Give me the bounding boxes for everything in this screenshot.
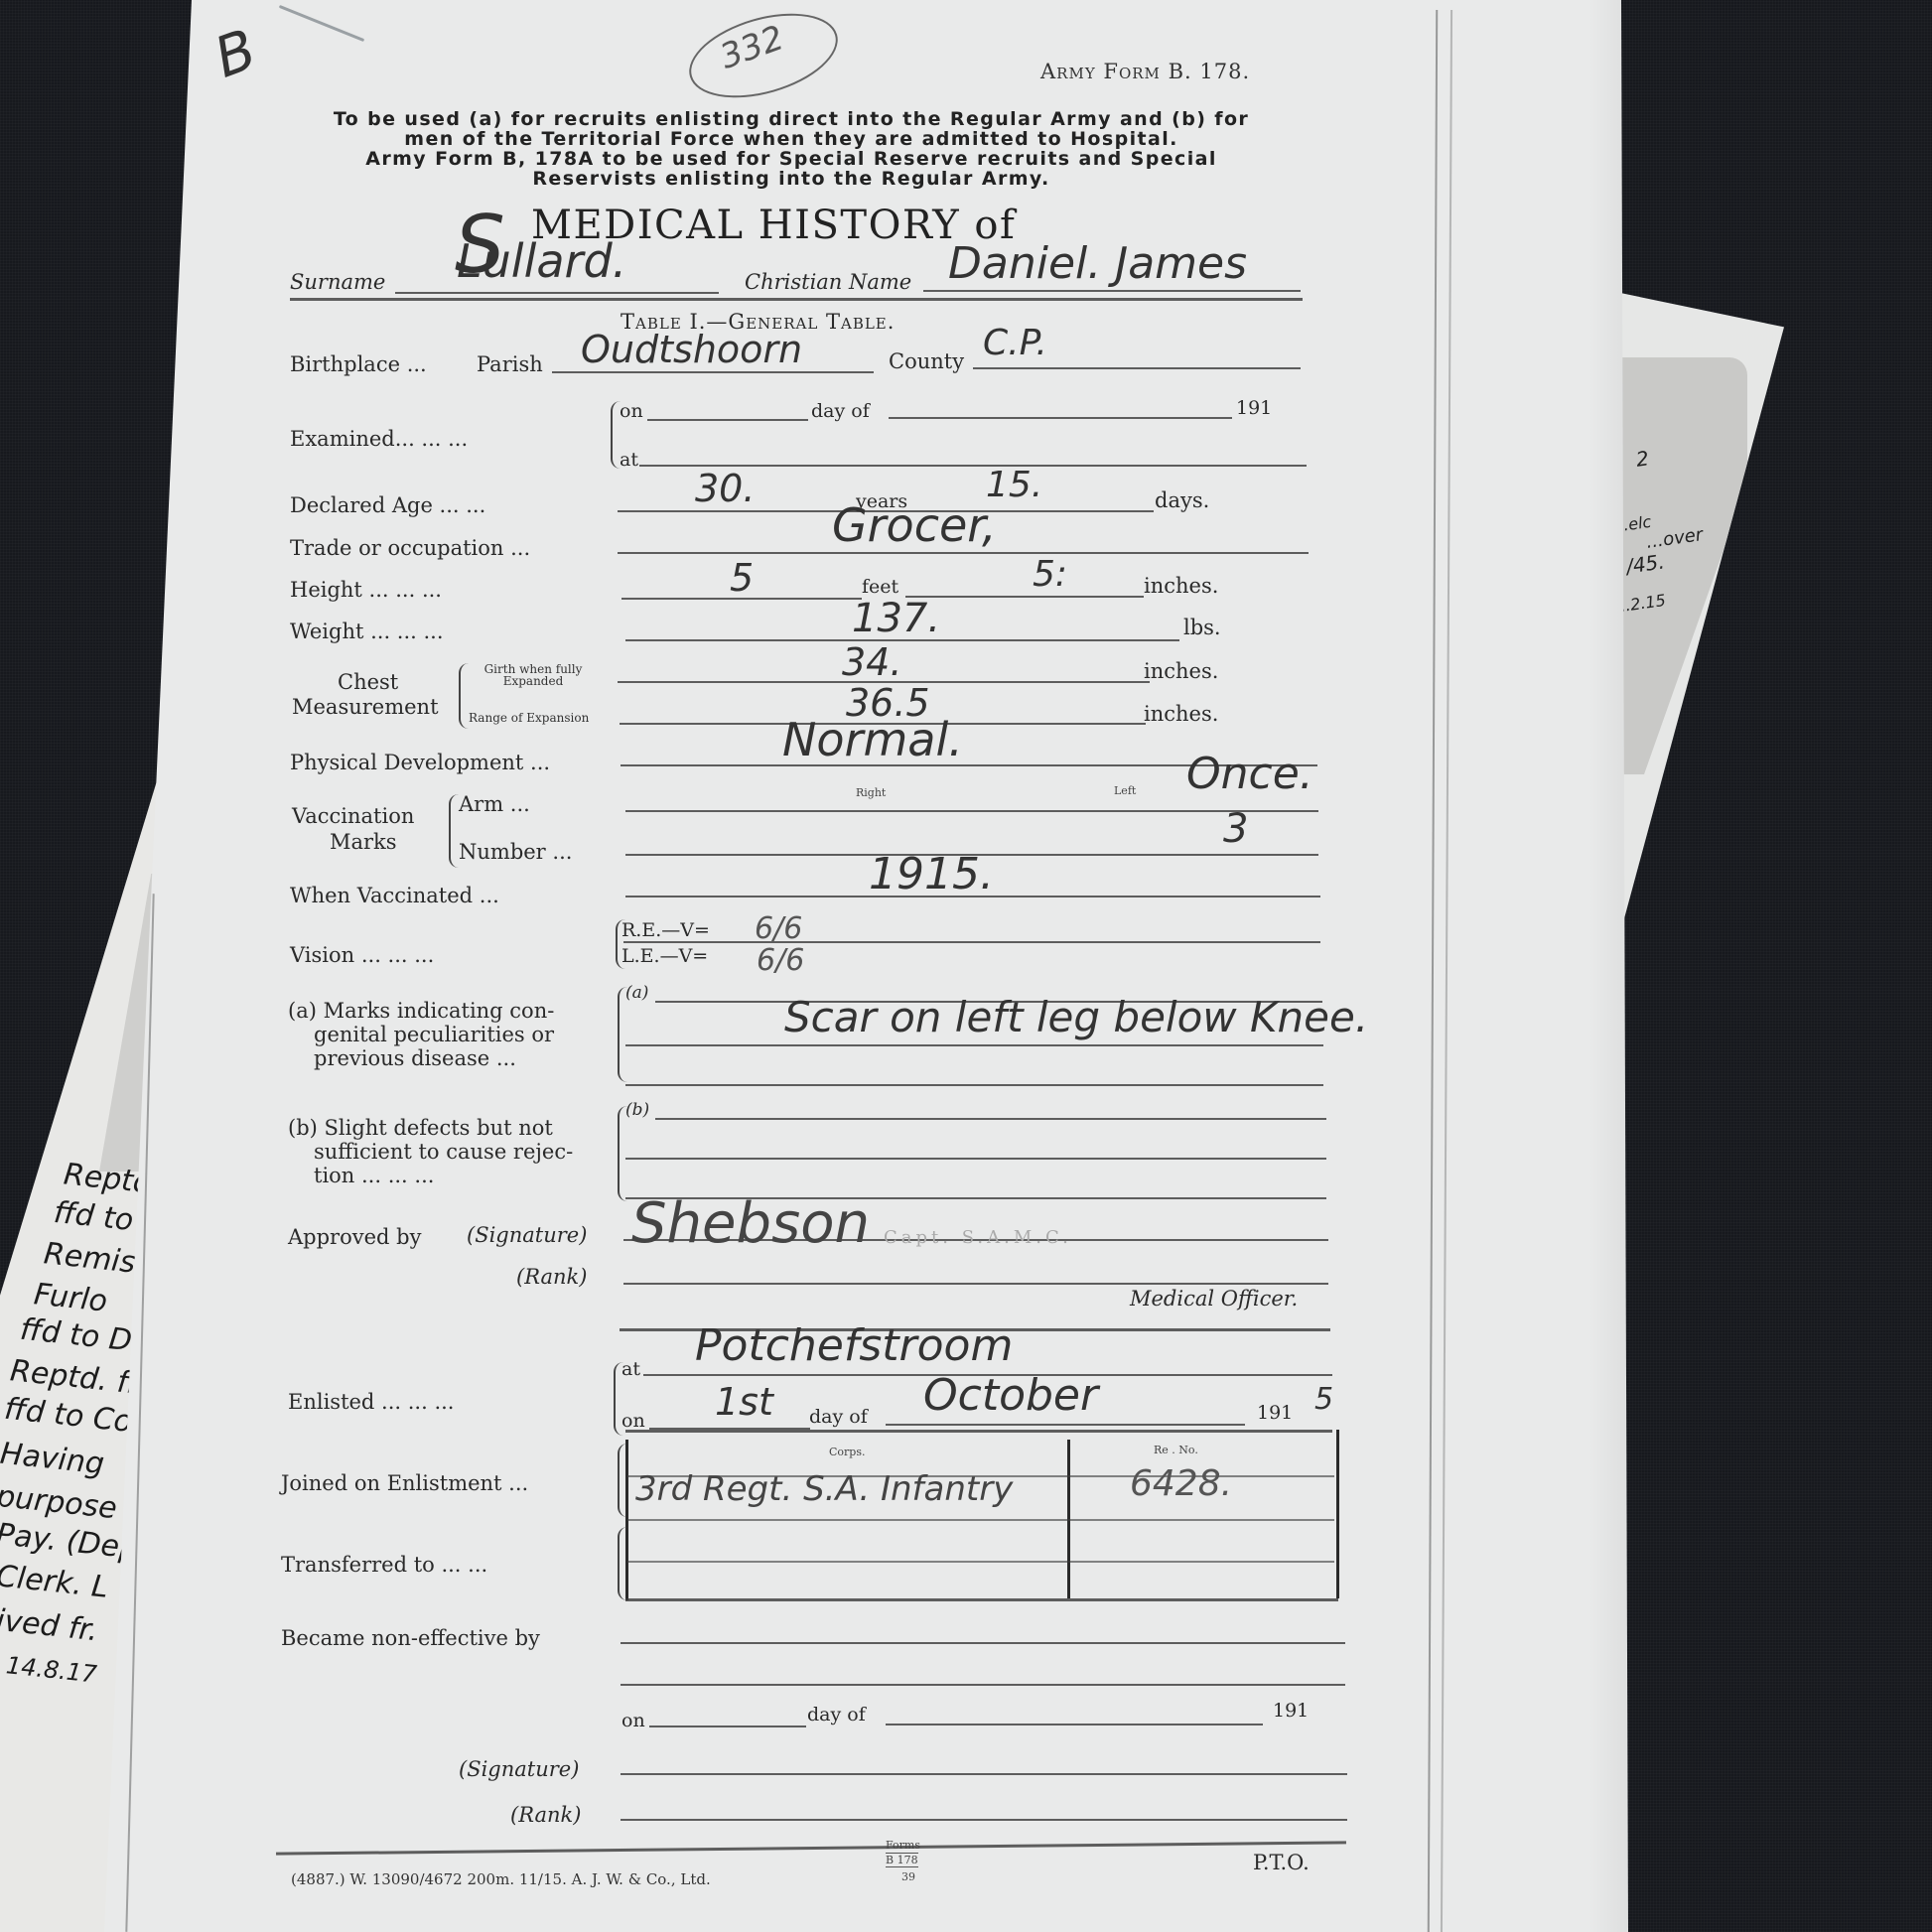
instruction-line: Reservists enlisting into the Regular Ar… xyxy=(280,169,1303,189)
weight-label: Weight ... ... ... xyxy=(290,620,444,643)
height-label: Height ... ... ... xyxy=(290,578,442,602)
field-line xyxy=(621,1684,1345,1686)
inches-label: inches. xyxy=(1144,574,1218,598)
divider xyxy=(290,298,1303,301)
approved-label: Approved by xyxy=(288,1225,421,1249)
corner-mark: B xyxy=(207,17,264,90)
defects-label-1: (b) Slight defects but not xyxy=(288,1116,553,1140)
instruction-line: men of the Territorial Force when they a… xyxy=(280,129,1303,149)
vaccination-left-field[interactable]: Once. xyxy=(1186,749,1313,799)
enlisted-on-field[interactable]: 1st xyxy=(715,1380,773,1424)
non-effective-field xyxy=(621,1642,1345,1644)
field-line xyxy=(623,941,1320,943)
table-border-bottom xyxy=(625,1598,1338,1601)
brace xyxy=(618,1444,627,1517)
joined-number-field[interactable]: 6428. xyxy=(1130,1463,1232,1504)
back-note-line: ffd to xyxy=(52,1195,135,1238)
back-note-line: Furlo xyxy=(32,1277,108,1319)
non-effective-signature-label: (Signature) xyxy=(459,1757,579,1781)
vaccination-right-label: Right xyxy=(856,786,886,799)
field-line xyxy=(552,371,874,373)
vision-label: Vision ... ... ... xyxy=(290,943,434,967)
staple xyxy=(279,5,364,42)
parish-field[interactable]: Oudtshoorn xyxy=(581,328,802,371)
approved-rank-label: (Rank) xyxy=(516,1265,587,1289)
vaccination-label-2: Marks xyxy=(330,830,397,854)
transferred-label: Transferred to ... ... xyxy=(281,1553,487,1577)
enlisted-month-field[interactable]: October xyxy=(923,1370,1098,1421)
chest-label-2: Measurement xyxy=(292,695,439,719)
chest-unit-2: inches. xyxy=(1144,702,1218,726)
vaccination-left-label: Left xyxy=(1114,784,1136,797)
days-label: days. xyxy=(1155,488,1209,512)
marks-label-2: genital peculiarities or xyxy=(314,1023,554,1046)
field-line xyxy=(625,1158,1326,1160)
physical-development-field[interactable]: Normal. xyxy=(782,713,963,766)
photocopy-edge-line xyxy=(1428,10,1438,1932)
christian-name-field[interactable]: Daniel. James xyxy=(948,238,1247,289)
field-line xyxy=(623,1283,1328,1285)
defects-field xyxy=(655,1118,1326,1120)
trade-label: Trade or occupation ... xyxy=(290,536,530,560)
field-line xyxy=(625,1044,1323,1046)
pto-label: P.T.O. xyxy=(1253,1851,1310,1874)
brace xyxy=(618,1527,627,1600)
examined-day-of-field xyxy=(889,417,1232,419)
field-line xyxy=(905,596,1144,598)
non-effective-rank-field xyxy=(621,1819,1347,1821)
re-label: R.E.—V= xyxy=(621,919,710,941)
instructions-block: To be used (a) for recruits enlisting di… xyxy=(280,109,1303,189)
defects-label-3: tion ... ... ... xyxy=(314,1164,434,1187)
examined-year-prefix: 191 xyxy=(1236,397,1272,419)
table-border-top xyxy=(625,1430,1332,1433)
enlisted-at-field[interactable]: Potchefstroom xyxy=(695,1320,1013,1371)
back-note-line: 14.8.17 xyxy=(5,1651,98,1688)
back-note-line: ffd to D. xyxy=(19,1312,144,1360)
surname-field[interactable]: Lullard. xyxy=(457,234,626,288)
enlisted-day-of-label: day of xyxy=(809,1406,868,1428)
brace xyxy=(618,1106,627,1201)
joined-corps-field[interactable]: 3rd Regt. S.A. Infantry xyxy=(635,1469,1013,1509)
re-vision-field[interactable]: 6/6 xyxy=(755,911,802,946)
medical-officer-label: Medical Officer. xyxy=(1130,1287,1298,1311)
instruction-line: To be used (a) for recruits enlisting di… xyxy=(280,109,1303,129)
field-line xyxy=(618,552,1309,554)
field-line xyxy=(973,367,1301,369)
birthplace-label: Birthplace ... xyxy=(290,352,427,376)
table-row-line xyxy=(627,1519,1334,1521)
trade-field[interactable]: Grocer, xyxy=(832,498,997,552)
forms-ref-bottom: 39 xyxy=(901,1870,915,1883)
brace xyxy=(459,663,469,729)
vaccination-number-field[interactable]: 3 xyxy=(1223,806,1248,852)
weight-unit: lbs. xyxy=(1183,616,1221,639)
corps-header: Corps. xyxy=(829,1446,865,1458)
range-label: Range of Expansion xyxy=(469,711,589,725)
approved-signature-field[interactable]: Shebson xyxy=(631,1191,870,1256)
brace xyxy=(449,794,459,868)
back-note-line: Having xyxy=(0,1437,106,1482)
photocopy-edge-line xyxy=(1441,10,1452,1932)
instruction-line: Army Form B, 178A to be used for Special… xyxy=(280,149,1303,169)
declared-age-label: Declared Age ... ... xyxy=(290,493,485,517)
form-id: Army Form B. 178. xyxy=(1040,60,1250,83)
field-line xyxy=(923,290,1301,292)
when-vaccinated-field[interactable]: 1915. xyxy=(869,849,994,899)
forms-ref-mid: B 178 xyxy=(886,1853,918,1867)
girth-label: Girth when fully Expanded xyxy=(469,663,598,687)
physical-development-label: Physical Development ... xyxy=(290,751,550,774)
number-label: Number ... xyxy=(459,840,572,864)
examined-label: Examined... ... ... xyxy=(290,427,468,451)
enlisted-label: Enlisted ... ... ... xyxy=(288,1390,454,1414)
transferred-number-field[interactable] xyxy=(1074,1529,1332,1588)
non-effective-signature-field xyxy=(621,1773,1347,1775)
back-note-line: ived fr. xyxy=(0,1603,99,1649)
joined-label: Joined on Enlistment ... xyxy=(281,1471,528,1495)
transferred-corps-field[interactable] xyxy=(635,1529,1062,1588)
age-years-field[interactable]: 30. xyxy=(695,467,755,510)
chest-unit: inches. xyxy=(1144,659,1218,683)
defects-prefix: (b) xyxy=(625,1100,649,1120)
height-feet-field[interactable]: 5 xyxy=(730,556,754,600)
chest-label: Chest xyxy=(338,670,398,694)
arm-label: Arm ... xyxy=(459,792,530,816)
weight-field[interactable]: 137. xyxy=(852,596,940,641)
enlisted-on-label: on xyxy=(621,1410,645,1432)
marks-field[interactable]: Scar on left leg below Knee. xyxy=(784,993,1368,1041)
marks-label-3: previous disease ... xyxy=(314,1046,516,1070)
non-effective-on-label: on xyxy=(621,1710,645,1731)
field-line xyxy=(395,292,719,294)
back-note-line: Clerk. L xyxy=(0,1559,110,1605)
parish-label: Parish xyxy=(477,352,543,376)
field-line xyxy=(625,1084,1323,1086)
table-border-right xyxy=(1336,1430,1339,1598)
forms-ref-top: Forms xyxy=(886,1839,920,1852)
marks-label-1: (a) Marks indicating con- xyxy=(288,999,554,1023)
christian-name-label: Christian Name xyxy=(745,270,911,294)
feet-label: feet xyxy=(862,576,898,598)
enlisted-at-label: at xyxy=(621,1358,640,1380)
field-line xyxy=(886,1424,1245,1426)
paper-shade xyxy=(1588,0,1628,1932)
defects-label-2: sufficient to cause rejec- xyxy=(314,1140,573,1164)
vaccination-label: Vaccination xyxy=(292,804,414,828)
examined-on-label: on xyxy=(620,400,643,422)
enlisted-year-prefix: 191 xyxy=(1257,1402,1293,1424)
print-info: (4887.) W. 13090/4672 200m. 11/15. A. J.… xyxy=(291,1870,711,1888)
non-effective-label: Became non-effective by xyxy=(281,1626,540,1650)
regt-number-header: Re . No. xyxy=(1154,1444,1198,1456)
non-effective-on-field xyxy=(649,1725,806,1727)
field-line xyxy=(647,419,808,421)
back-note-line: Remis xyxy=(42,1236,137,1280)
footer-divider xyxy=(276,1841,1346,1855)
non-effective-day-of-field xyxy=(886,1724,1263,1725)
examined-at-label: at xyxy=(620,449,638,471)
county-field[interactable]: C.P. xyxy=(983,323,1047,363)
le-vision-field[interactable]: 6/6 xyxy=(757,943,804,978)
chest-girth-field[interactable]: 34. xyxy=(842,640,901,684)
field-line xyxy=(625,810,1318,812)
examined-day-of-label: day of xyxy=(811,400,870,422)
approved-signature-label: (Signature) xyxy=(467,1223,587,1247)
when-vaccinated-label: When Vaccinated ... xyxy=(290,884,499,907)
non-effective-day-of-label: day of xyxy=(807,1704,866,1725)
enlisted-year-field[interactable]: 5 xyxy=(1314,1382,1333,1417)
marks-prefix: (a) xyxy=(625,983,648,1003)
non-effective-rank-label: (Rank) xyxy=(510,1803,581,1827)
faint-stamp: Capt. S.A.M.C. xyxy=(884,1227,1072,1248)
county-label: County xyxy=(889,349,964,373)
surname-label: Surname xyxy=(290,270,385,294)
non-effective-year-prefix: 191 xyxy=(1273,1700,1309,1722)
height-inches-field[interactable]: 5: xyxy=(1033,554,1067,595)
le-label: L.E.—V= xyxy=(621,945,708,967)
